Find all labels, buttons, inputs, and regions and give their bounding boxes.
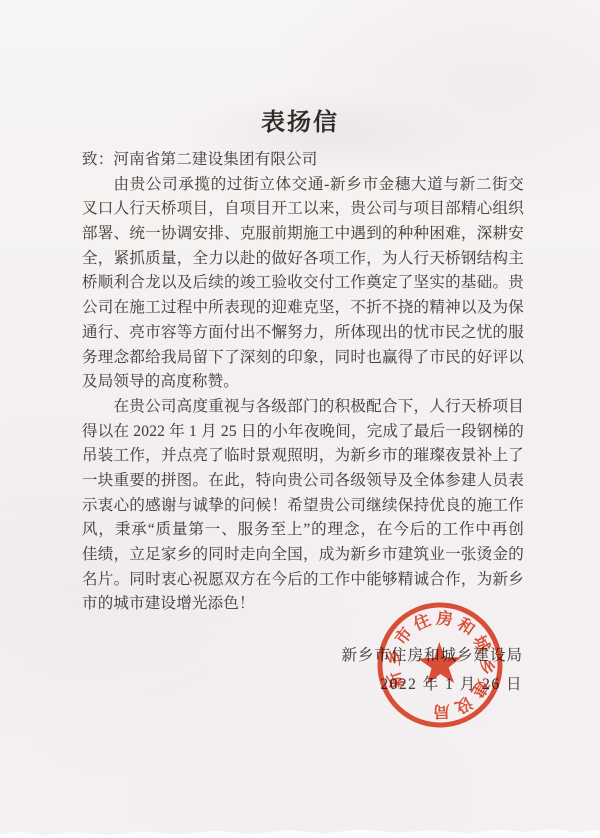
body-line: 务理念都给我局留下了深刻的印象，同时也赢得了市民的好评以 <box>82 346 524 371</box>
seal-char: 局 <box>433 702 450 722</box>
body-line: 部署、统一协调安排、克服前期施工中遇到的种种困难，深耕安 <box>82 222 524 247</box>
body-line: 得以在 2022 年 1 月 25 日的小年夜晚间，完成了最后一段钢梯的 <box>82 420 524 445</box>
body-line: 一块重要的拼图。在此，特向贵公司各级领导及全体参建人员表 <box>82 469 524 494</box>
letter-title: 表扬信 <box>0 102 600 137</box>
body-line: 通行、亮市容等方面付出不懈努力，所体现出的忧市民之忧的服 <box>82 321 524 346</box>
scanned-commendation-letter: 表扬信 致：河南省第二建设集团有限公司 由贵公司承揽的过街立体交通-新乡市金穗大… <box>0 0 600 838</box>
body-line: 由贵公司承揽的过街立体交通-新乡市金穗大道与新二街交 <box>82 173 524 198</box>
body-line: 名片。同时衷心祝愿双方在今后的工作中能够精诚合作，为新乡 <box>82 568 524 593</box>
seal-char: 乡 <box>477 658 498 675</box>
seal-char: 乡 <box>382 647 404 667</box>
letter-body: 致：河南省第二建设集团有限公司 由贵公司承揽的过街立体交通-新乡市金穗大道与新二… <box>82 148 524 617</box>
body-line: 桥顺利合龙以及后续的竣工验收交付工作奠定了坚实的基础。贵 <box>82 271 524 296</box>
body-line: 叉口人行天桥项目，自项目开工以来，贵公司与项目部精心组织 <box>82 197 524 222</box>
body-line: 风，秉承“质量第一、服务至上”的理念，在今后的工作中再创 <box>82 518 524 543</box>
body-line: 佳绩，立足家乡的同时走向全国，成为新乡市建筑业一张烫金的 <box>82 543 524 568</box>
body-line: 吊装工作，并点亮了临时景观照明，为新乡市的璀璨夜景补上了 <box>82 444 524 469</box>
body-line: 公司在施工过程中所表现的迎难克坚，不折不挠的精神以及为保 <box>82 296 524 321</box>
scan-bottom-edge <box>0 826 600 838</box>
body-line: 示衷心的感谢与诚挚的问候！希望贵公司继续保持优良的施工作 <box>82 494 524 519</box>
body-line: 及局领导的高度称赞。 <box>82 370 524 395</box>
salutation-line: 致：河南省第二建设集团有限公司 <box>82 148 524 173</box>
seal-star-icon <box>417 641 462 684</box>
body-line: 全，紧抓质量，全力以赴的做好各项工作，为人行天桥钢结构主 <box>82 247 524 272</box>
body-line: 在贵公司高度重视与各级部门的积极配合下，人行天桥项目 <box>82 395 524 420</box>
seal-char: 房 <box>435 607 454 629</box>
official-seal: 新乡市住房和城乡建设局 <box>368 593 513 738</box>
